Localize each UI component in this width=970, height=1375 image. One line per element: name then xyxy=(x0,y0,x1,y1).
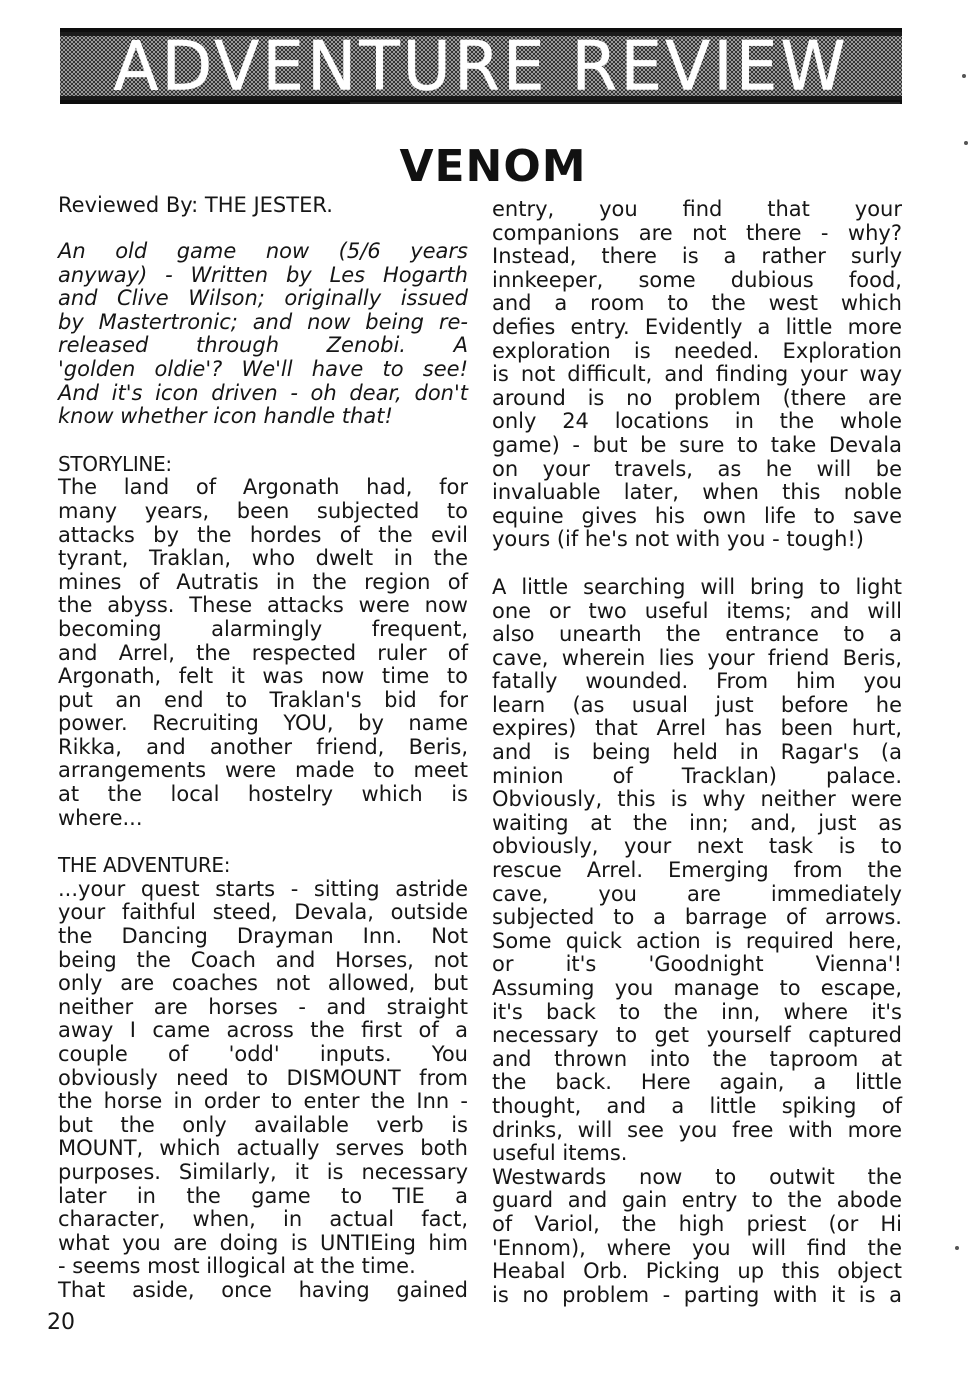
body-line: around is no problem (there are xyxy=(492,387,902,411)
storyline-line: at the local hostelry which is xyxy=(58,783,468,807)
adventure-line: couple of 'odd' inputs. You xyxy=(58,1043,468,1067)
storyline-line: Rikka, and another friend, Beris, xyxy=(58,736,468,760)
right-paragraph-1: entry, you find that your companions are… xyxy=(492,198,902,552)
adventure-line: That aside, once having gained xyxy=(58,1279,468,1303)
storyline-line: tyrant, Traklan, who dwelt in the xyxy=(58,547,468,571)
byline: Reviewed By: THE JESTER. xyxy=(58,193,468,217)
body-line: one or two useful items; and will xyxy=(492,600,902,624)
body-line: and thrown into the taproom at xyxy=(492,1048,902,1072)
body-line: rescue Arrel. Emerging from the xyxy=(492,859,902,883)
adventure-section: THE ADVENTURE: ...your quest starts - si… xyxy=(58,854,468,1302)
page-number: 20 xyxy=(47,1310,75,1335)
intro-line: by Mastertronic; and now being re- xyxy=(58,311,468,335)
body-line: obviously, your next task is to xyxy=(492,835,902,859)
body-line: is not difficult, and finding your way xyxy=(492,363,902,387)
banner-underline xyxy=(350,102,900,104)
intro-line: And it's icon driven - oh dear, don't xyxy=(58,382,468,406)
body-line: also unearth the entrance to a xyxy=(492,623,902,647)
body-line: invaluable later, when this noble xyxy=(492,481,902,505)
storyline-line: many years, been subjected to xyxy=(58,500,468,524)
adventure-line: only are coaches not allowed, but xyxy=(58,972,468,996)
body-line: Westwards now to outwit the xyxy=(492,1166,902,1190)
body-line: it's back to the inn, where it's xyxy=(492,1001,902,1025)
left-column: Reviewed By: THE JESTER. An old game now… xyxy=(58,193,468,1303)
adventure-line: the Dancing Drayman Inn. Not xyxy=(58,925,468,949)
storyline-heading: STORYLINE: xyxy=(58,453,468,477)
body-line: A little searching will bring to light xyxy=(492,576,902,600)
adventure-line: ...your quest starts - sitting astride xyxy=(58,878,468,902)
adventure-line: what you are doing is UNTIEing him xyxy=(58,1232,468,1256)
adventure-line: but the only available verb is xyxy=(58,1114,468,1138)
adventure-heading: THE ADVENTURE: xyxy=(58,854,468,878)
body-line: and a room to the west which xyxy=(492,292,902,316)
body-line: Some quick action is required here, xyxy=(492,930,902,954)
intro-line: anyway) - Written by Les Hogarth xyxy=(58,264,468,288)
intro-line: released through Zenobi. A xyxy=(58,334,468,358)
body-line: exploration is needed. Exploration xyxy=(492,340,902,364)
body-line: guard and gain entry to the abode xyxy=(492,1189,902,1213)
intro-line: know whether icon handle that! xyxy=(58,405,468,429)
game-title: VENOM xyxy=(0,141,970,192)
body-line: fatally wounded. From him you xyxy=(492,670,902,694)
intro-paragraph: An old game now (5/6 years anyway) - Wri… xyxy=(58,240,468,429)
body-line: thought, and a little spiking of xyxy=(492,1095,902,1119)
body-line: or it's 'Goodnight Vienna'! xyxy=(492,953,902,977)
storyline-line: the abyss. These attacks were now xyxy=(58,594,468,618)
body-line: entry, you find that your xyxy=(492,198,902,222)
body-line: cave, wherein lies your friend Beris, xyxy=(492,647,902,671)
body-line: learn (as usual just before he xyxy=(492,694,902,718)
adventure-line: obviously need to DISMOUNT from xyxy=(58,1067,468,1091)
adventure-line: later in the game to TIE a xyxy=(58,1185,468,1209)
right-paragraph-2: A little searching will bring to light o… xyxy=(492,576,902,1166)
right-paragraph-3: Westwards now to outwit the guard and ga… xyxy=(492,1166,902,1308)
intro-line: An old game now (5/6 years xyxy=(58,240,468,264)
body-line: defies entry. Evidently a little more xyxy=(492,316,902,340)
adventure-line: your faithful steed, Devala, outside xyxy=(58,901,468,925)
body-line: on your travels, as he will be xyxy=(492,458,902,482)
body-line: only 24 locations in the whole xyxy=(492,410,902,434)
section-banner: ADVENTURE REVIEW xyxy=(60,28,902,104)
body-line: companions are not there - why? xyxy=(492,222,902,246)
body-line: subjected to a barrage of arrows. xyxy=(492,906,902,930)
storyline-section: STORYLINE: The land of Argonath had, for… xyxy=(58,453,468,831)
body-line: Instead, there is a rather surly xyxy=(492,245,902,269)
body-line: Assuming you manage to escape, xyxy=(492,977,902,1001)
adventure-line: character, when, in actual fact, xyxy=(58,1208,468,1232)
paragraph-gap xyxy=(492,552,902,576)
adventure-line: - seems most illogical at the time. xyxy=(58,1255,468,1279)
adventure-line: neither are horses - and straight xyxy=(58,996,468,1020)
adventure-line: being the Coach and Horses, not xyxy=(58,949,468,973)
adventure-line: the horse in order to enter the Inn - xyxy=(58,1090,468,1114)
intro-line: 'golden oldie'? We'll have to see! xyxy=(58,358,468,382)
body-line: yours (if he's not with you - tough!) xyxy=(492,528,902,552)
intro-line: and Clive Wilson; originally issued xyxy=(58,287,468,311)
body-line: is no problem - parting with it is a xyxy=(492,1284,902,1308)
storyline-line: arrangements were made to meet xyxy=(58,759,468,783)
body-line: innkeeper, some dubious food, xyxy=(492,269,902,293)
storyline-line: put an end to Traklan's bid for xyxy=(58,689,468,713)
storyline-line: The land of Argonath had, for xyxy=(58,476,468,500)
body-line: Heabal Orb. Picking up this object xyxy=(492,1260,902,1284)
body-line: the back. Here again, a little xyxy=(492,1071,902,1095)
body-line: waiting at the inn; and, just as xyxy=(492,812,902,836)
scan-speck xyxy=(964,141,968,145)
adventure-line: purposes. Similarly, it is necessary xyxy=(58,1161,468,1185)
body-line: expires) that Arrel has been hurt, xyxy=(492,717,902,741)
storyline-line: becoming alarmingly frequent, xyxy=(58,618,468,642)
body-line: game) - but be sure to take Devala xyxy=(492,434,902,458)
storyline-line: and Arrel, the respected ruler of xyxy=(58,642,468,666)
adventure-line: MOUNT, which actually serves both xyxy=(58,1137,468,1161)
body-line: 'Ennom), where you will find the xyxy=(492,1237,902,1261)
body-line: minion of Tracklan) palace. xyxy=(492,765,902,789)
body-line: equine gives his own life to save xyxy=(492,505,902,529)
body-line: drinks, will see you free with more xyxy=(492,1119,902,1143)
section-title: ADVENTURE REVIEW xyxy=(60,31,902,100)
body-line: Obviously, this is why neither were xyxy=(492,788,902,812)
storyline-line: power. Recruiting YOU, by name xyxy=(58,712,468,736)
body-line: and is being held in Ragar's (a xyxy=(492,741,902,765)
body-line: of Variol, the high priest (or Hi xyxy=(492,1213,902,1237)
storyline-line: attacks by the hordes of the evil xyxy=(58,524,468,548)
storyline-line: Argonath, felt it was now time to xyxy=(58,665,468,689)
body-line: necessary to get yourself captured xyxy=(492,1024,902,1048)
right-column: entry, you find that your companions are… xyxy=(492,198,902,1307)
scan-speck xyxy=(955,1246,959,1250)
adventure-line: away I came across the first of a xyxy=(58,1019,468,1043)
body-line: cave, you are immediately xyxy=(492,883,902,907)
storyline-line: where... xyxy=(58,807,468,831)
scan-speck xyxy=(962,74,966,78)
paragraph-gap xyxy=(58,830,468,854)
body-line: useful items. xyxy=(492,1142,902,1166)
storyline-line: mines of Autratis in the region of xyxy=(58,571,468,595)
